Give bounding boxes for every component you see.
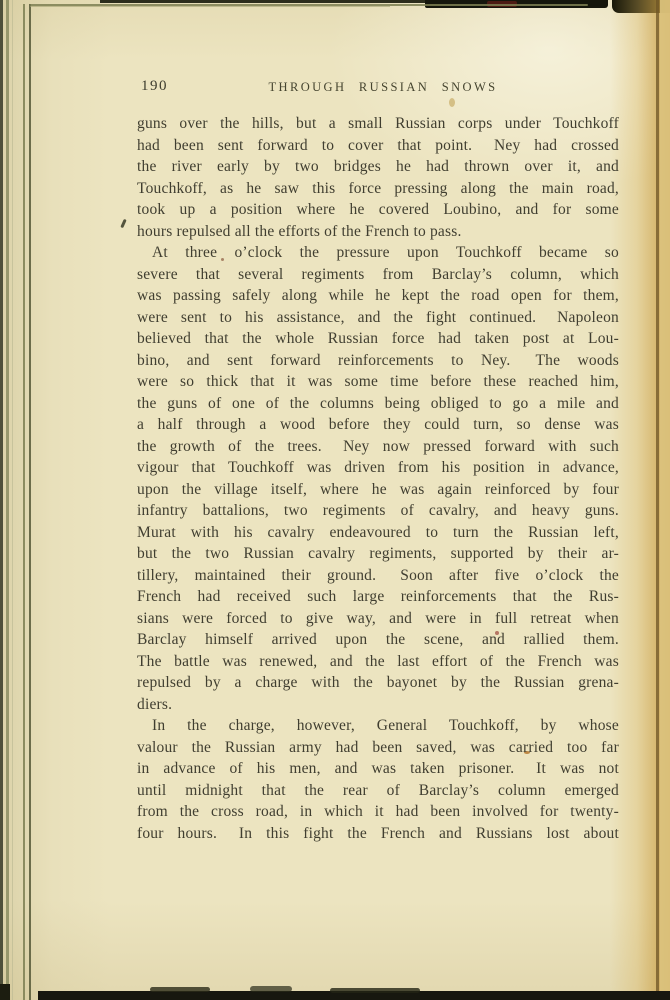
backdrop-bottom-ragged-edge (330, 988, 420, 993)
margin-ink-mark (120, 219, 126, 228)
underlying-page-border (29, 4, 31, 1000)
text-line: were sent to his assistance, and the fig… (137, 307, 619, 329)
text-line: were so thick that it was some time befo… (137, 371, 619, 393)
running-title: THROUGH RUSSIAN SNOWS (137, 80, 619, 95)
text-line: In the charge, however, General Touchkof… (137, 715, 619, 737)
text-line: bino, and sent forward reinforcements to… (137, 350, 619, 372)
underlying-page-border (23, 4, 25, 1000)
text-line: had been sent forward to cover that poin… (137, 135, 619, 157)
text-line: repulsed by a charge with the bayonet by… (137, 672, 619, 694)
text-line: until midnight that the rear of Barclay’… (137, 780, 619, 802)
text-line: French had received such large reinforce… (137, 586, 619, 608)
text-line: Barclay himself arrived upon the scene, … (137, 629, 619, 651)
text-line: a half through a wood before they could … (137, 414, 619, 436)
text-line: valour the Russian army had been saved, … (137, 737, 619, 759)
page-right-edge-line (656, 0, 659, 1000)
text-line: upon the village itself, where he was ag… (137, 479, 619, 501)
backdrop-bottom-ragged-edge (250, 986, 292, 992)
text-line: At three o’clock the pressure upon Touch… (137, 242, 619, 264)
backdrop-top-strip (100, 0, 430, 3)
backdrop-bottom-ragged-edge (150, 987, 210, 992)
foxing-spot (449, 98, 455, 107)
text-line: Touchkoff, as he saw this force pressing… (137, 178, 619, 200)
text-line: Murat with his cavalry endeavoured to tu… (137, 522, 619, 544)
text-line: believed that the whole Russian force ha… (137, 328, 619, 350)
text-line: guns over the hills, but a small Russian… (137, 113, 619, 135)
text-line: infantry battalions, two regiments of ca… (137, 500, 619, 522)
text-line: from the cross road, in which it had bee… (137, 801, 619, 823)
underlying-page-border (30, 6, 390, 7)
page-header: 190 THROUGH RUSSIAN SNOWS (137, 78, 619, 96)
text-line: hours repulsed all the efforts of the Fr… (137, 221, 619, 243)
book-page-scan: 190 THROUGH RUSSIAN SNOWS guns over the … (0, 0, 670, 1000)
text-line: in advance of his men, and was taken pri… (137, 758, 619, 780)
text-line: the growth of the trees. Ney now pressed… (137, 436, 619, 458)
text-line: was passing safely along while he kept t… (137, 285, 619, 307)
text-line: The battle was renewed, and the last eff… (137, 651, 619, 673)
text-line: sians were forced to give way, and were … (137, 608, 619, 630)
text-line: tillery, maintained their ground. Soon a… (137, 565, 619, 587)
binding-page-edge (6, 0, 9, 1000)
page-right-edge-strip (660, 0, 670, 1000)
backdrop-bottom-corner (0, 984, 10, 1000)
text-line: but the two Russian cavalry regiments, s… (137, 543, 619, 565)
text-line: diers. (137, 694, 619, 716)
text-line: vigour that Touchkoff was driven from hi… (137, 457, 619, 479)
text-line: the river early by two bridges he had th… (137, 156, 619, 178)
text-line: severe that several regiments from Barcl… (137, 264, 619, 286)
text-line: the guns of one of the columns being obl… (137, 393, 619, 415)
binding-page-edge (0, 0, 3, 1000)
binding-page-edge (12, 0, 13, 1000)
text-line: four hours. In this fight the French and… (137, 823, 619, 845)
body-text: guns over the hills, but a small Russian… (137, 113, 619, 844)
text-line: took up a position where he covered Loub… (137, 199, 619, 221)
